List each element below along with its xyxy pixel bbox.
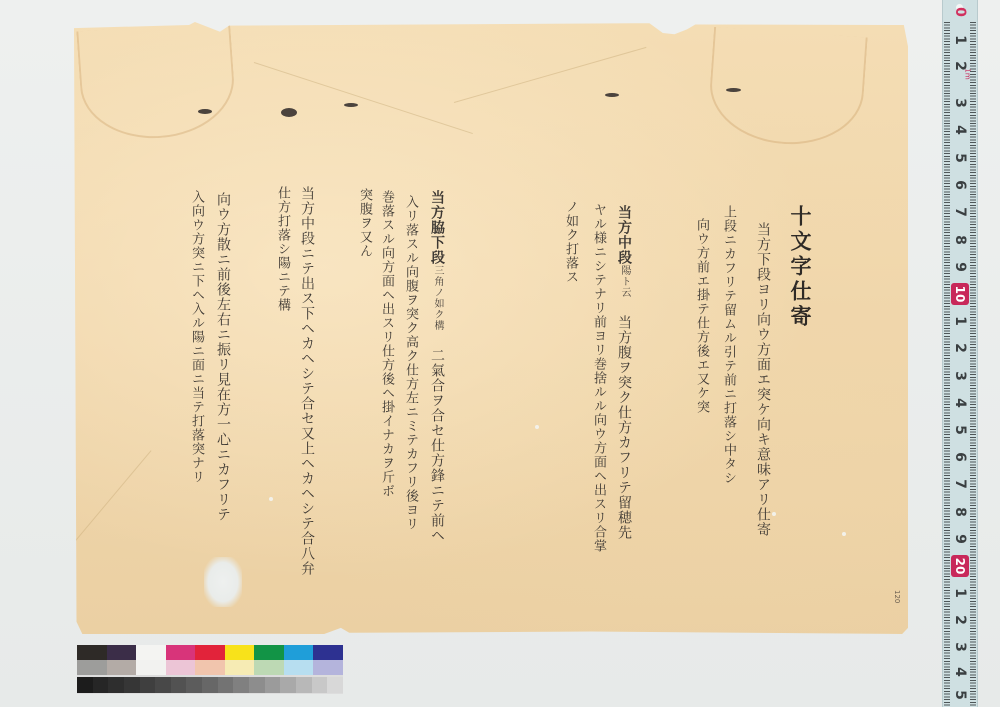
pinhole <box>269 497 273 501</box>
text-column: 突腹ヲ又ん <box>358 188 371 258</box>
ruler-mark: 2 <box>951 339 969 357</box>
pinhole <box>772 512 776 516</box>
color-row-tints <box>77 660 343 675</box>
ruler-mark: 2 <box>951 611 969 629</box>
color-swatch <box>284 660 314 675</box>
color-swatch <box>265 677 281 693</box>
text-column: 当方中段ニテ出ス下ヘカヘシテ合セ又上ヘカヘシテ合八弁 <box>300 186 314 576</box>
section-heading: 当方脇下段 <box>429 190 445 265</box>
color-swatch <box>233 677 249 693</box>
ruler-mark: 0 <box>951 3 969 21</box>
ruler-mark: 5 <box>951 149 969 167</box>
ruler-mark: 9 <box>951 530 969 548</box>
stance-note: 三角ノ如ク構 <box>432 265 443 331</box>
color-swatch <box>218 677 234 693</box>
ruler-mark: 1 <box>951 312 969 330</box>
grayscale-row <box>77 677 343 693</box>
color-swatch <box>186 677 202 693</box>
color-swatch <box>195 660 225 675</box>
binding-hole <box>344 103 358 107</box>
text-column: 当方中段陽ト云 当方腹ヲ突ク仕方カフリテ留穂先 <box>617 205 631 540</box>
color-swatch <box>327 677 343 693</box>
color-swatch <box>313 660 343 675</box>
page-number: 120 <box>893 590 901 603</box>
color-swatch <box>313 645 343 660</box>
color-swatch <box>136 660 166 675</box>
color-swatch <box>77 677 93 693</box>
paper-crease <box>254 62 473 134</box>
color-swatch <box>312 677 328 693</box>
pinhole <box>535 425 539 429</box>
ruler-mark: 9 <box>951 258 969 276</box>
ruler-mark: 3 <box>951 94 969 112</box>
text-column: 当方脇下段三角ノ如ク構 二氣合ヲ合セ仕方鋒ニテ前ヘ <box>430 190 444 543</box>
color-swatch <box>77 645 107 660</box>
text-column: 向ウ方散ニ前後左右ニ振リ見在方一心ニカフリテ <box>216 192 230 522</box>
ruler-mark: 7 <box>951 203 969 221</box>
color-swatch <box>225 645 255 660</box>
ruler-mark: 8 <box>951 503 969 521</box>
ruler-mark: 6 <box>951 448 969 466</box>
pinhole <box>842 532 846 536</box>
color-swatch <box>254 660 284 675</box>
text-column: 向ウ方前エ掛テ仕方後エ又ケ突 <box>695 218 708 414</box>
color-swatch <box>124 677 140 693</box>
color-swatch <box>77 660 107 675</box>
ruler-mark: 4 <box>951 663 969 681</box>
ruler-mark: 6 <box>951 176 969 194</box>
ruler-mark: 1 <box>951 584 969 602</box>
ruler-mark: 1 <box>951 31 969 49</box>
ruler-mark: 4 <box>951 121 969 139</box>
color-swatch <box>140 677 156 693</box>
text-column: 入リ落スル向腹ヲ突ク高ク仕方左ニミテカフリ後ヨリ <box>404 195 417 531</box>
ruler-mark: 7 <box>951 475 969 493</box>
color-swatch <box>107 645 137 660</box>
color-calibration-chart <box>77 645 343 694</box>
ruler-mark: 20 <box>951 555 969 577</box>
color-swatch <box>284 645 314 660</box>
text-column: 上段ニカフリテ留ムル引テ前ニ打落シ中タシ <box>722 205 735 485</box>
ruler-mark: 5 <box>951 421 969 439</box>
ruler-ticks <box>944 22 950 707</box>
ruler-mark: 5 <box>951 686 969 704</box>
text-column: ヤル様ニシテナリ前ヨリ巻捨ルル向ウ方面ヘ出スリ合掌 <box>592 203 605 553</box>
color-swatch <box>108 677 124 693</box>
ruler-ticks <box>970 22 976 707</box>
column-text: 二氣合ヲ合セ仕方鋒ニテ前ヘ <box>429 331 445 543</box>
binding-hole <box>198 109 212 114</box>
binding-hole <box>281 108 297 117</box>
color-swatch <box>202 677 218 693</box>
color-swatch <box>280 677 296 693</box>
text-column: ノ如ク打落ス <box>564 200 577 284</box>
color-swatch <box>107 660 137 675</box>
paper-crease <box>74 450 152 543</box>
color-swatch <box>136 645 166 660</box>
text-column: 仕方打落シ陽ニテ構 <box>276 186 289 312</box>
document-title: 十文字仕寄 <box>790 205 811 330</box>
ruler-mark: 3 <box>951 638 969 656</box>
column-text: 当方腹ヲ突ク仕方カフリテ留穂先 <box>616 298 632 540</box>
ruler-mark: 2 <box>951 57 969 75</box>
stance-note: 陽ト云 <box>619 265 630 298</box>
color-swatch <box>93 677 109 693</box>
ruler-mark: 8 <box>951 231 969 249</box>
ruler-mark: 10 <box>951 283 969 305</box>
binding-hole <box>726 88 741 92</box>
color-swatch <box>166 645 196 660</box>
color-swatch <box>249 677 265 693</box>
ruler-mark: 3 <box>951 367 969 385</box>
color-swatch <box>296 677 312 693</box>
color-swatch <box>225 660 255 675</box>
color-swatch <box>171 677 187 693</box>
color-swatch <box>254 645 284 660</box>
paper-damage <box>204 557 242 607</box>
water-stain <box>76 21 237 143</box>
color-swatch <box>155 677 171 693</box>
text-column: 当方下段ヨリ向ウ方面エ突ケ向キ意味アリ仕寄 <box>756 222 770 537</box>
binding-hole <box>605 93 619 97</box>
section-heading: 当方中段 <box>616 205 632 265</box>
color-swatch <box>166 660 196 675</box>
ruler-mark: 4 <box>951 394 969 412</box>
color-swatch <box>195 645 225 660</box>
measuring-ruler: 1m 0123456789101234567892012345 <box>942 0 978 707</box>
text-column: 巻落スル向方面ヘ出スリ仕方後ヘ掛イナカヲ斤ボ <box>380 190 393 498</box>
color-row-saturated <box>77 645 343 660</box>
text-column: 入向ウ方突ニ下ヘ入ル陽ニ面ニ当テ打落突ナリ <box>190 190 203 484</box>
